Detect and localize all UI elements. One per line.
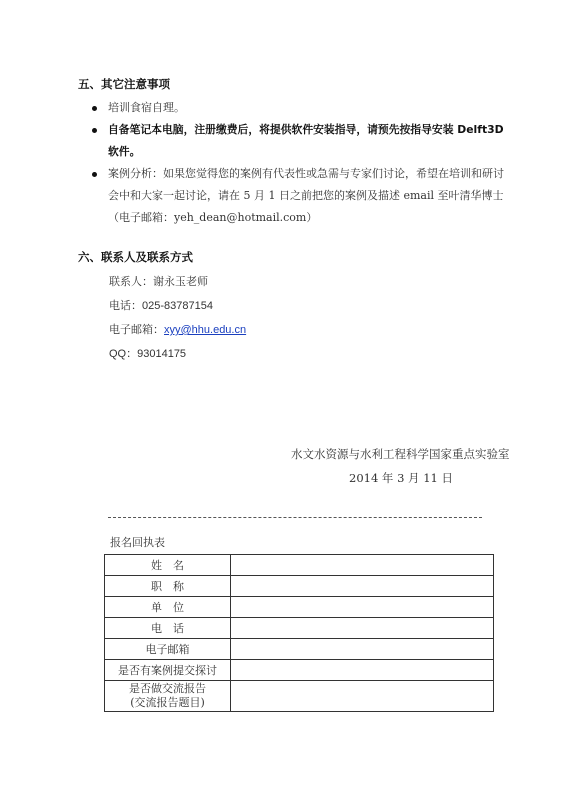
section-5-heading: 五、其它注意事项 <box>78 76 170 92</box>
table-row: 电子邮箱 <box>105 639 494 660</box>
table-row: 是否做交流报告 (交流报告题目) <box>105 681 494 712</box>
table-row: 姓 名 <box>105 555 494 576</box>
table-row: 职 称 <box>105 576 494 597</box>
row-label-line2: (交流报告题目) <box>105 696 230 710</box>
list-item: 培训食宿自理。 <box>92 97 512 119</box>
row-value-cell[interactable] <box>231 681 494 712</box>
row-label: 职 称 <box>105 576 231 597</box>
row-value-cell[interactable] <box>231 660 494 681</box>
notes-list: 培训食宿自理。 自备笔记本电脑，注册缴费后，将提供软件安装指导，请预先按指导安装… <box>92 97 512 229</box>
contact-qq: QQ：93014175 <box>109 342 246 366</box>
list-item: 案例分析：如果您觉得您的案例有代表性或急需与专家们讨论，希望在培训和研讨会中和大… <box>92 163 512 229</box>
table-row: 单 位 <box>105 597 494 618</box>
email-label: 电子邮箱： <box>109 323 164 336</box>
signature-date: 2014 年 3 月 11 日 <box>349 470 453 486</box>
row-label: 电子邮箱 <box>105 639 231 660</box>
row-label-line1: 是否做交流报告 <box>105 682 230 696</box>
table-row: 电 话 <box>105 618 494 639</box>
contact-person: 联系人：谢永玉老师 <box>109 270 246 294</box>
section-6-heading: 六、联系人及联系方式 <box>78 249 193 265</box>
row-value-cell[interactable] <box>231 555 494 576</box>
row-label: 姓 名 <box>105 555 231 576</box>
row-label: 是否做交流报告 (交流报告题目) <box>105 681 231 712</box>
row-value-cell[interactable] <box>231 618 494 639</box>
list-item: 自备笔记本电脑，注册缴费后，将提供软件安装指导，请预先按指导安装 Delft3D… <box>92 119 512 163</box>
cut-line-divider <box>108 517 482 518</box>
form-title: 报名回执表 <box>110 534 165 550</box>
row-label: 单 位 <box>105 597 231 618</box>
email-link[interactable]: xyy@hhu.edu.cn <box>164 324 246 336</box>
row-label: 是否有案例提交探讨 <box>105 660 231 681</box>
contact-email-line: 电子邮箱：xyy@hhu.edu.cn <box>109 318 246 342</box>
row-value-cell[interactable] <box>231 597 494 618</box>
row-label: 电 话 <box>105 618 231 639</box>
row-value-cell[interactable] <box>231 639 494 660</box>
registration-form-table: 姓 名 职 称 单 位 电 话 电子邮箱 是否有案例提交探讨 是否做交流报告 (… <box>104 554 494 712</box>
row-value-cell[interactable] <box>231 576 494 597</box>
table-row: 是否有案例提交探讨 <box>105 660 494 681</box>
contact-phone: 电话：025-83787154 <box>109 294 246 318</box>
document-page: 五、其它注意事项 培训食宿自理。 自备笔记本电脑，注册缴费后，将提供软件安装指导… <box>0 0 566 800</box>
organization-signature: 水文水资源与水利工程科学国家重点实验室 <box>291 446 510 462</box>
contact-block: 联系人：谢永玉老师 电话：025-83787154 电子邮箱：xyy@hhu.e… <box>109 270 246 366</box>
